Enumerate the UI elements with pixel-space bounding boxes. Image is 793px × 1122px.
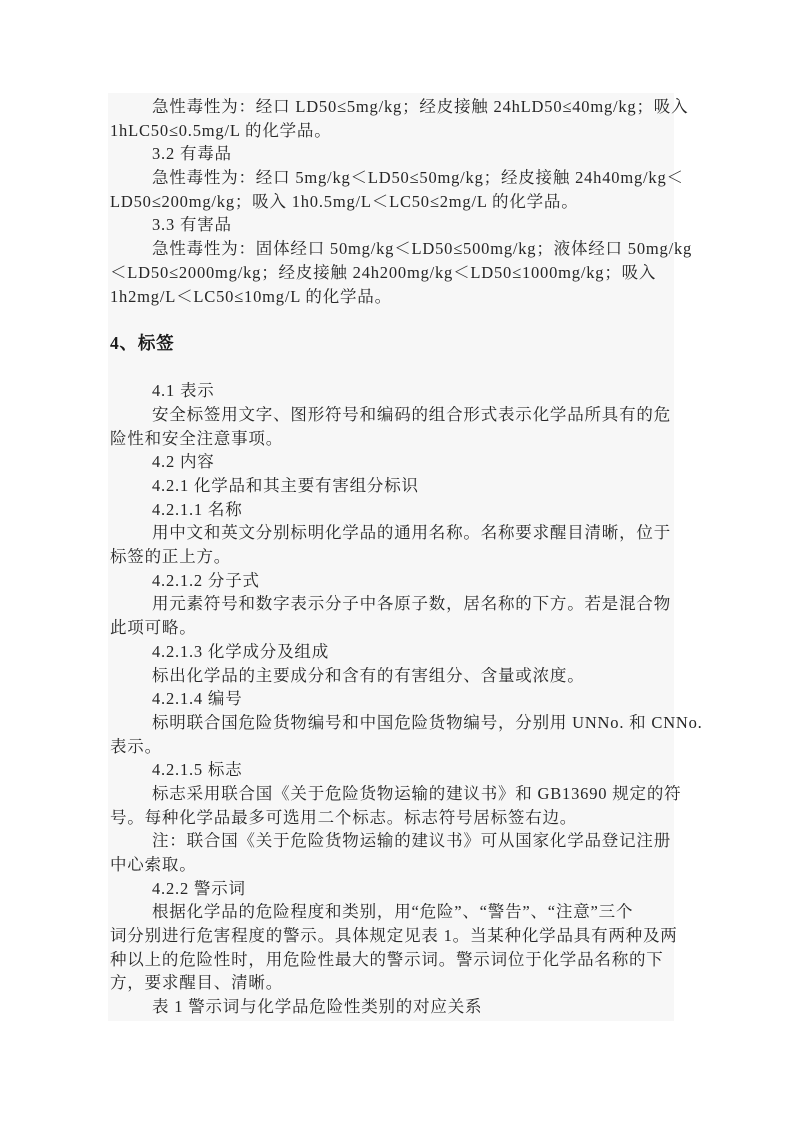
text-line: 表示。 bbox=[108, 735, 674, 759]
text-line: 3.2 有毒品 bbox=[108, 142, 674, 166]
text-line: 3.3 有害品 bbox=[108, 213, 674, 237]
text-line: 根据化学品的危险程度和类别，用“危险”、“警告”、“注意”三个 bbox=[108, 900, 674, 924]
text-line: 4.2.2 警示词 bbox=[108, 877, 674, 901]
document-content-block: 急性毒性为：经口 LD50≤5mg/kg；经皮接触 24hLD50≤40mg/k… bbox=[108, 93, 674, 1021]
text-line: 险性和安全注意事项。 bbox=[108, 427, 674, 451]
text-line: ＜LD50≤2000mg/kg；经皮接触 24h200mg/kg＜LD50≤10… bbox=[108, 261, 674, 285]
text-line: 4.2.1.2 分子式 bbox=[108, 569, 674, 593]
text-line: 4.2.1.5 标志 bbox=[108, 758, 674, 782]
text-line: 4.2.1.4 编号 bbox=[108, 687, 674, 711]
text-line: 中心索取。 bbox=[108, 853, 674, 877]
text-line: 4.2.1 化学品和其主要有害组分标识 bbox=[108, 474, 674, 498]
text-line: LD50≤200mg/kg；吸入 1h0.5mg/L＜LC50≤2mg/L 的化… bbox=[108, 190, 674, 214]
text-line: 急性毒性为：经口 LD50≤5mg/kg；经皮接触 24hLD50≤40mg/k… bbox=[108, 95, 674, 119]
text-line: 注：联合国《关于危险货物运输的建议书》可从国家化学品登记注册 bbox=[108, 829, 674, 853]
text-line: 4.2.1.1 名称 bbox=[108, 498, 674, 522]
text-line: 用元素符号和数字表示分子中各原子数，居名称的下方。若是混合物 bbox=[108, 592, 674, 616]
text-line: 标志采用联合国《关于危险货物运输的建议书》和 GB13690 规定的符 bbox=[108, 782, 674, 806]
text-line: 标签的正上方。 bbox=[108, 545, 674, 569]
text-line: 4.1 表示 bbox=[108, 379, 674, 403]
text-line: 词分别进行危害程度的警示。具体规定见表 1。当某种化学品具有两种及两 bbox=[108, 924, 674, 948]
text-line: 表 1 警示词与化学品危险性类别的对应关系 bbox=[108, 995, 674, 1019]
section-heading: 4、标签 bbox=[108, 332, 674, 356]
text-line: 方，要求醒目、清晰。 bbox=[108, 971, 674, 995]
text-line: 标明联合国危险货物编号和中国危险货物编号，分别用 UNNo. 和 CNNo. bbox=[108, 711, 674, 735]
text-line: 4.2 内容 bbox=[108, 450, 674, 474]
text-line: 用中文和英文分别标明化学品的通用名称。名称要求醒目清晰，位于 bbox=[108, 521, 674, 545]
text-line: 安全标签用文字、图形符号和编码的组合形式表示化学品所具有的危 bbox=[108, 403, 674, 427]
document-page: 急性毒性为：经口 LD50≤5mg/kg；经皮接触 24hLD50≤40mg/k… bbox=[0, 0, 793, 1122]
text-line: 种以上的危险性时，用危险性最大的警示词。警示词位于化学品名称的下 bbox=[108, 948, 674, 972]
text-line: 1hLC50≤0.5mg/L 的化学品。 bbox=[108, 119, 674, 143]
blank-line bbox=[108, 308, 674, 332]
text-line: 号。每种化学品最多可选用二个标志。标志符号居标签右边。 bbox=[108, 806, 674, 830]
text-line: 此项可略。 bbox=[108, 616, 674, 640]
text-line: 1h2mg/L＜LC50≤10mg/L 的化学品。 bbox=[108, 285, 674, 309]
text-line: 急性毒性为：固体经口 50mg/kg＜LD50≤500mg/kg；液体经口 50… bbox=[108, 237, 674, 261]
text-line: 急性毒性为：经口 5mg/kg＜LD50≤50mg/kg；经皮接触 24h40m… bbox=[108, 166, 674, 190]
blank-line bbox=[108, 356, 674, 380]
text-line: 标出化学品的主要成分和含有的有害组分、含量或浓度。 bbox=[108, 664, 674, 688]
text-line: 4.2.1.3 化学成分及组成 bbox=[108, 640, 674, 664]
